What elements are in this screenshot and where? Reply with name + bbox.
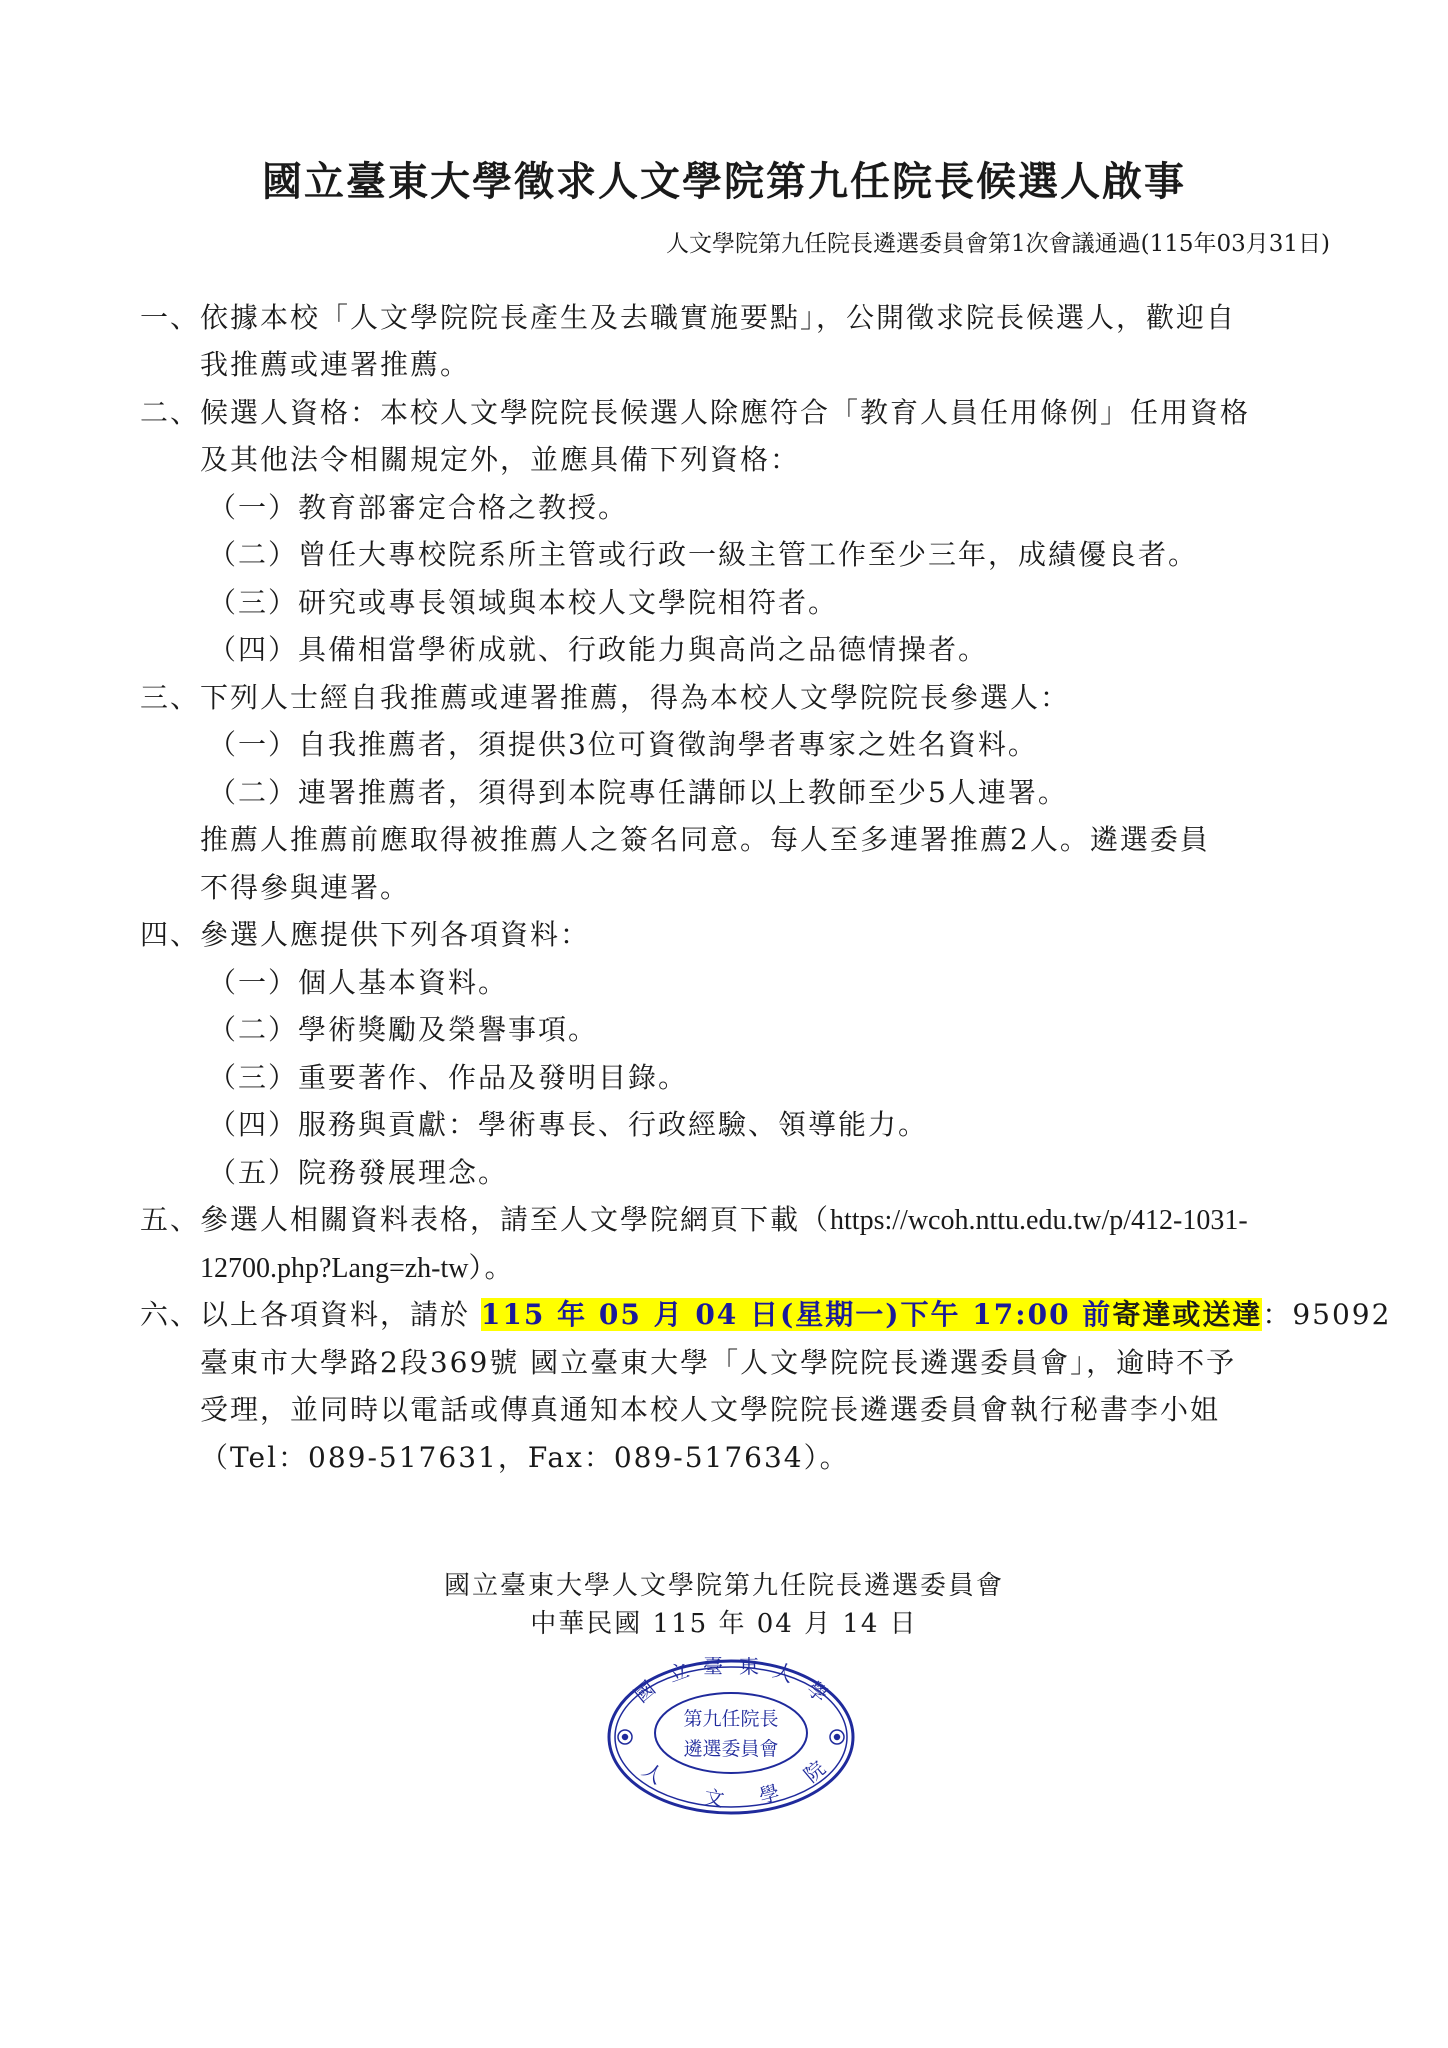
section-2-item-1: （一）教育部審定合格之教授。 [208, 488, 628, 528]
section-2-line-2: 及其他法令相關規定外，並應具備下列資格： [200, 440, 800, 480]
download-link-continued[interactable]: 12700.php?Lang=zh-tw [200, 1253, 469, 1284]
section-4-line-1: 四、參選人應提供下列各項資料： [140, 915, 590, 955]
section-4-item-3: （三）重要著作、作品及發明目錄。 [208, 1058, 688, 1098]
section-1-line-1: 一、依據本校「人文學院院長產生及去職實施要點」，公開徵求院長候選人，歡迎自 [140, 298, 1236, 338]
section-3-item-1: （一）自我推薦者，須提供3位可資徵詢學者專家之姓名資料。 [208, 725, 1038, 765]
section-6-line-3: 受理，並同時以電話或傳真通知本校人文學院院長遴選委員會執行秘書李小姐 [200, 1390, 1220, 1430]
section-2-item-2: （二）曾任大專校院系所主管或行政一級主管工作至少三年，成績優良者。 [208, 535, 1198, 575]
footer-organization: 國立臺東大學人文學院第九任院長遴選委員會 [0, 1568, 1448, 1604]
deadline-highlight: 115 年 05 月 04 日(星期一)下午 17:00 前寄達或送達 [481, 1298, 1262, 1331]
svg-text:大: 大 [770, 1658, 797, 1687]
svg-text:第九任院長: 第九任院長 [683, 1708, 778, 1730]
section-4-item-4: （四）服務與貢獻：學術專長、行政經驗、領導能力。 [208, 1105, 928, 1145]
deadline-date: 115 年 05 月 04 日(星期一)下午 17:00 前 [481, 1298, 1112, 1331]
svg-text:遴選委員會: 遴選委員會 [683, 1738, 778, 1760]
svg-text:東: 東 [739, 1657, 759, 1678]
download-link[interactable]: https://wcoh.nttu.edu.tw/p/412-1031- [830, 1205, 1248, 1236]
section-2-line-1: 二、候選人資格：本校人文學院院長候選人除應符合「教育人員任用條例」任用資格 [140, 393, 1250, 433]
section-5-line-1: 五、參選人相關資料表格，請至人文學院網頁下載（https://wcoh.nttu… [140, 1200, 1248, 1241]
section-number: 五、 [140, 1203, 200, 1236]
page-title: 國立臺東大學徵求人文學院第九任院長候選人啟事 [0, 158, 1448, 206]
section-4-item-5: （五）院務發展理念。 [208, 1153, 508, 1193]
section-1-line-2: 我推薦或連署推薦。 [200, 345, 470, 385]
section-3-item-2: （二）連署推薦者，須得到本院專任講師以上教師至少5人連署。 [208, 773, 1068, 813]
svg-text:院: 院 [799, 1756, 830, 1787]
official-seal-icon: 國 立 臺 東 大 學 院 學 文 人 第九任院長 遴選委員會 [605, 1657, 857, 1817]
section-3-note-1: 推薦人推薦前應取得被推薦人之簽名同意。每人至多連署推薦2人。遴選委員 [200, 820, 1210, 860]
approval-note: 人文學院第九任院長遴選委員會第1次會議通過(115年03月31日) [666, 228, 1330, 260]
section-3-line-1: 三、下列人士經自我推薦或連署推薦，得為本校人文學院院長參選人： [140, 678, 1070, 718]
footer-date: 中華民國 115 年 04 月 14 日 [0, 1606, 1448, 1642]
svg-text:臺: 臺 [703, 1657, 723, 1678]
section-4-item-1: （一）個人基本資料。 [208, 963, 508, 1003]
svg-text:學: 學 [802, 1676, 833, 1707]
svg-text:文: 文 [702, 1785, 726, 1812]
svg-text:立: 立 [665, 1658, 692, 1687]
section-2-item-3: （三）研究或專長領域與本校人文學院相符者。 [208, 583, 838, 623]
section-5-line-2: 12700.php?Lang=zh-tw）。 [200, 1248, 515, 1289]
section-3-note-2: 不得參與連署。 [200, 868, 410, 908]
section-4-item-2: （二）學術獎勵及榮譽事項。 [208, 1010, 598, 1050]
section-number: 二、 [140, 396, 200, 429]
section-2-item-4: （四）具備相當學術成就、行政能力與高尚之品德情操者。 [208, 630, 988, 670]
section-number: 四、 [140, 918, 200, 951]
svg-text:國: 國 [629, 1676, 660, 1707]
svg-text:人: 人 [638, 1758, 668, 1789]
section-6-line-1: 六、以上各項資料，請於 115 年 05 月 04 日(星期一)下午 17:00… [140, 1295, 1391, 1335]
deadline-action: 寄達或送達 [1112, 1298, 1262, 1331]
section-6-contact: （Tel：089-517631，Fax：089-517634）。 [200, 1438, 850, 1478]
section-number: 六、 [140, 1298, 200, 1331]
section-6-line-2: 臺東市大學路2段369號 國立臺東大學「人文學院院長遴選委員會」，逾時不予 [200, 1343, 1236, 1383]
section-number: 三、 [140, 681, 200, 714]
section-number: 一、 [140, 301, 200, 334]
